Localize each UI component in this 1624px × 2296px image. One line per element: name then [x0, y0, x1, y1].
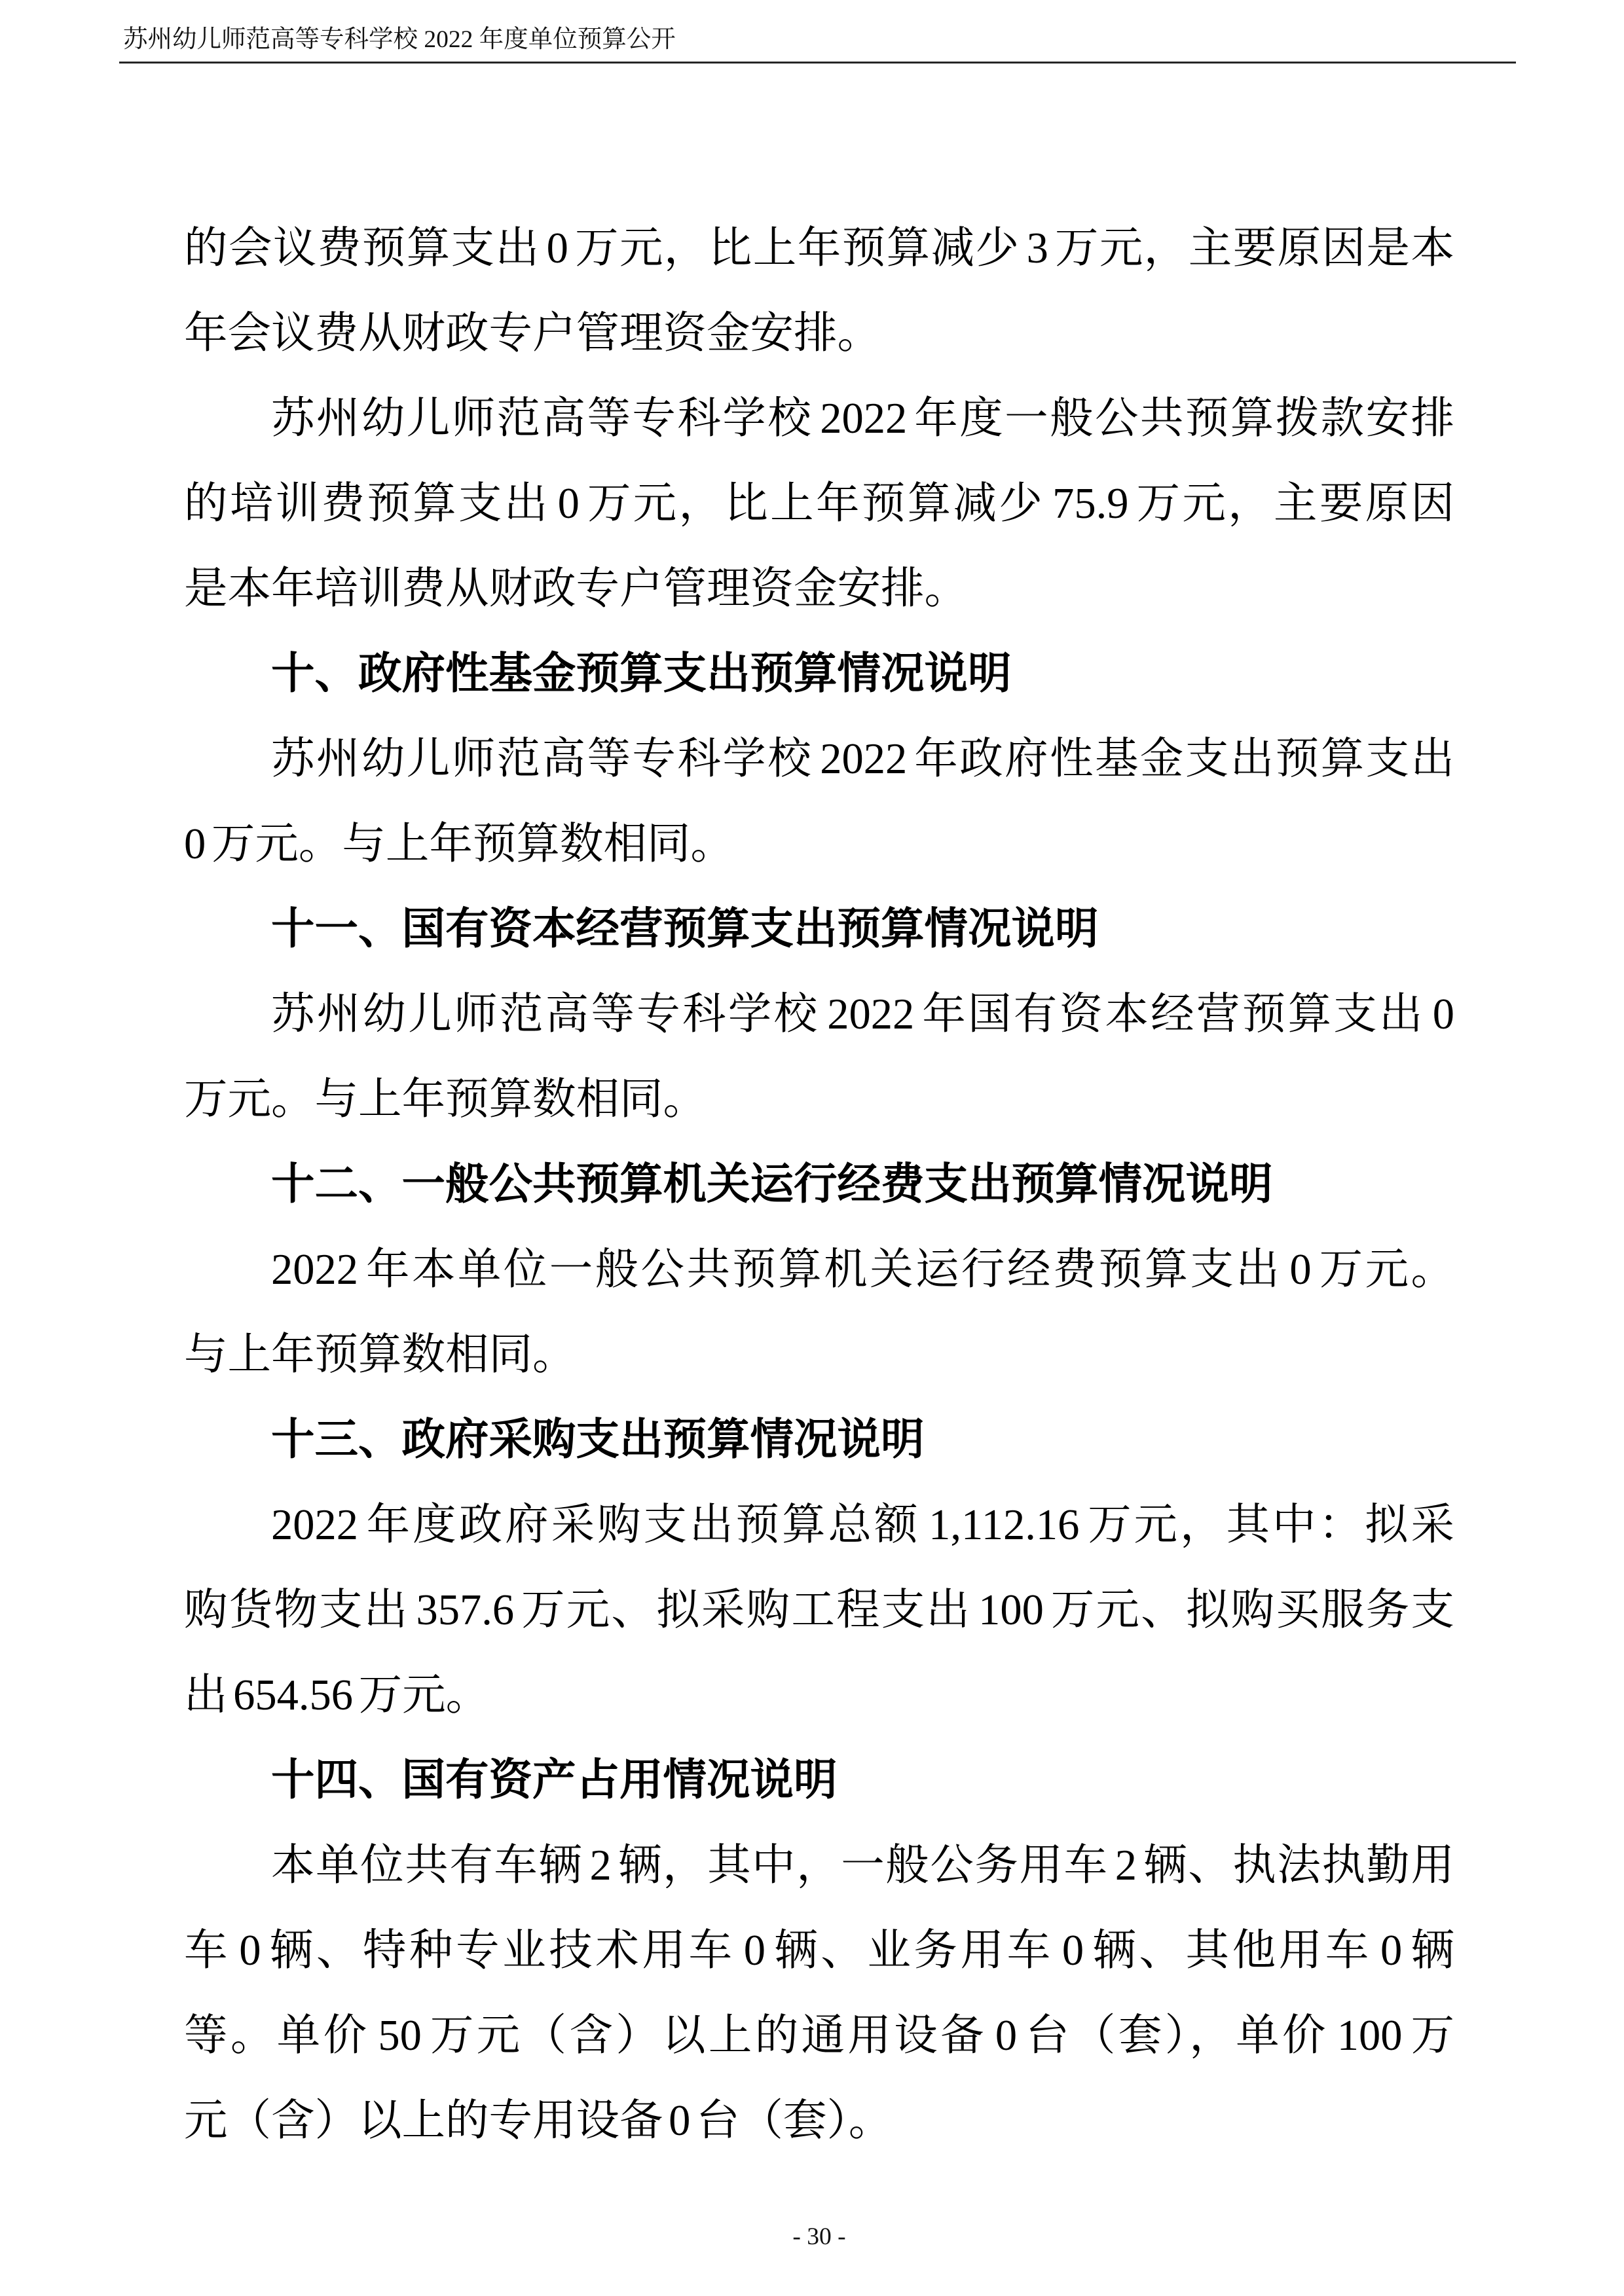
paragraph-state-assets: 本单位共有车辆 2 辆，其中，一般公务用车 2 辆、执法执勤用 车 0 辆、特种…: [184, 1823, 1454, 2164]
section-heading-10: 十、政府性基金预算支出预算情况说明: [184, 632, 1454, 717]
body-line: 出 654.56 万元。: [184, 1653, 1454, 1738]
body-line: 2022 年本单位一般公共预算机关运行经费预算支出 0 万元。: [184, 1228, 1454, 1313]
body-line: 0 万元。与上年预算数相同。: [184, 802, 1454, 887]
paragraph-training-fee: 苏州幼儿师范高等专科学校 2022 年度一般公共预算拨款安排 的培训费预算支出 …: [184, 376, 1454, 632]
section-heading-13: 十三、政府采购支出预算情况说明: [184, 1398, 1454, 1483]
body-line: 等。单价 50 万元（含）以上的通用设备 0 台（套），单价 100 万: [184, 1994, 1454, 2079]
body-line: 苏州幼儿师范高等专科学校 2022 年国有资本经营预算支出 0: [184, 972, 1454, 1057]
body-line: 2022 年度政府采购支出预算总额 1,112.16 万元，其中：拟采: [184, 1483, 1454, 1568]
paragraph-procurement: 2022 年度政府采购支出预算总额 1,112.16 万元，其中：拟采 购货物支…: [184, 1483, 1454, 1738]
section-heading-14: 十四、国有资产占用情况说明: [184, 1738, 1454, 1823]
paragraph-state-capital: 苏州幼儿师范高等专科学校 2022 年国有资本经营预算支出 0 万元。与上年预算…: [184, 972, 1454, 1142]
body-line: 的会议费预算支出 0 万元，比上年预算减少 3 万元，主要原因是本: [184, 206, 1454, 291]
paragraph-meeting-fee: 的会议费预算支出 0 万元，比上年预算减少 3 万元，主要原因是本 年会议费从财…: [184, 206, 1454, 376]
paragraph-operating-expense: 2022 年本单位一般公共预算机关运行经费预算支出 0 万元。 与上年预算数相同…: [184, 1228, 1454, 1398]
body-line: 与上年预算数相同。: [184, 1313, 1454, 1398]
document-body: 的会议费预算支出 0 万元，比上年预算减少 3 万元，主要原因是本 年会议费从财…: [184, 206, 1454, 2164]
body-line: 车 0 辆、特种专业技术用车 0 辆、业务用车 0 辆、其他用车 0 辆: [184, 1908, 1454, 1994]
paragraph-government-fund: 苏州幼儿师范高等专科学校 2022 年政府性基金支出预算支出 0 万元。与上年预…: [184, 717, 1454, 887]
header-rule: [119, 62, 1516, 64]
body-line: 本单位共有车辆 2 辆，其中，一般公务用车 2 辆、执法执勤用: [184, 1823, 1454, 1908]
body-line: 万元。与上年预算数相同。: [184, 1057, 1454, 1142]
body-line: 元（含）以上的专用设备 0 台（套）。: [184, 2079, 1454, 2164]
running-header: 苏州幼儿师范高等专科学校 2022 年度单位预算公开: [123, 27, 676, 52]
section-heading-11: 十一、国有资本经营预算支出预算情况说明: [184, 887, 1454, 972]
section-heading-12: 十二、一般公共预算机关运行经费支出预算情况说明: [184, 1142, 1454, 1228]
body-line: 的培训费预算支出 0 万元，比上年预算减少 75.9 万元，主要原因: [184, 462, 1454, 547]
page-number: - 30 -: [184, 2225, 1454, 2250]
body-line: 年会议费从财政专户管理资金安排。: [184, 291, 1454, 376]
body-line: 购货物支出 357.6 万元、拟采购工程支出 100 万元、拟购买服务支: [184, 1568, 1454, 1653]
document-page: 苏州幼儿师范高等专科学校 2022 年度单位预算公开 的会议费预算支出 0 万元…: [0, 0, 1624, 2296]
header-title: 苏州幼儿师范高等专科学校 2022 年度单位预算公开: [123, 26, 676, 53]
body-line: 苏州幼儿师范高等专科学校 2022 年度一般公共预算拨款安排: [184, 376, 1454, 462]
body-line: 是本年培训费从财政专户管理资金安排。: [184, 547, 1454, 632]
body-line: 苏州幼儿师范高等专科学校 2022 年政府性基金支出预算支出: [184, 717, 1454, 802]
